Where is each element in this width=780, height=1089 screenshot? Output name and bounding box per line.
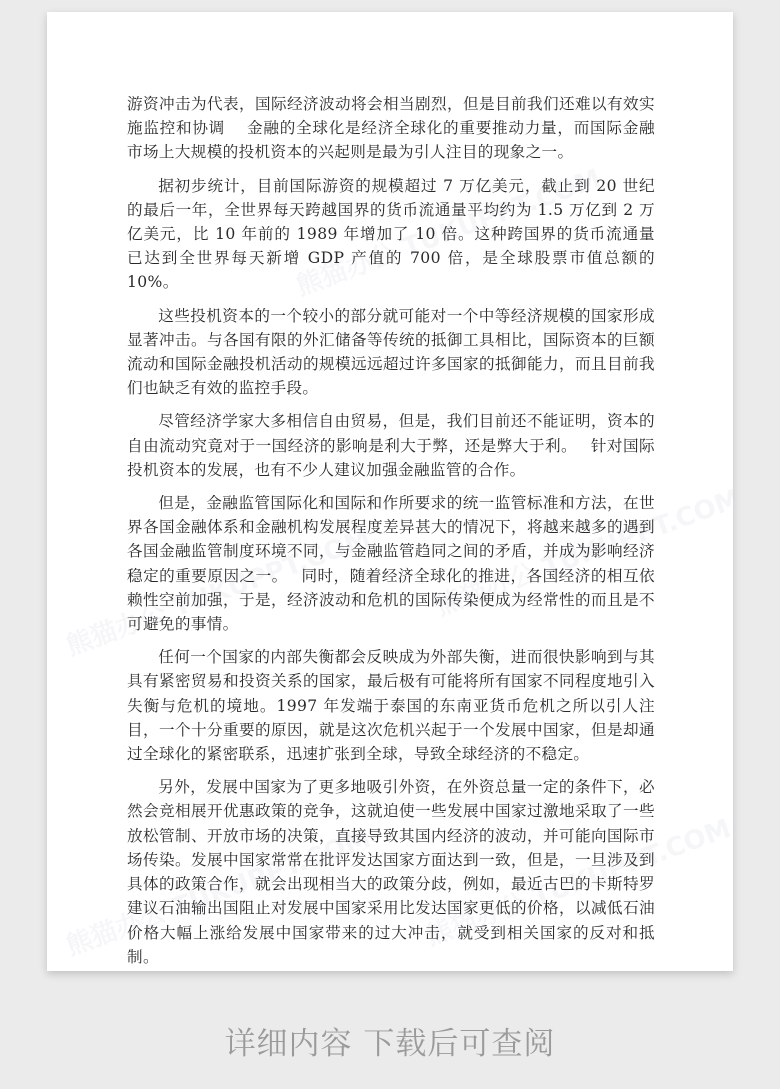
paragraph: 另外，发展中国家为了更多地吸引外资，在外资总量一定的条件下，必然会竞相展开优惠政…	[127, 775, 655, 969]
paragraph: 尽管经济学家大多相信自由贸易，但是，我们目前还不能证明，资本的自由流动究竟对于一…	[127, 409, 655, 482]
download-to-view-note: 详细内容 下载后可查阅	[0, 1018, 780, 1063]
paragraph: 据初步统计，目前国际游资的规模超过 7 万亿美元，截止到 20 世纪的最后一年，…	[127, 174, 655, 295]
paragraph: 但是，金融监管国际化和国际和作所要求的统一监管标准和方法，在世界各国金融体系和金…	[127, 491, 655, 636]
paragraph: 游资冲击为代表，国际经济波动将会相当剧烈，但是目前我们还难以有效实施监控和协调 …	[127, 92, 655, 165]
document-page: 熊猫办公 TUKUPPT.COM 熊猫办公 TUKUPPT.COM 熊猫办公 T…	[47, 12, 733, 971]
paragraph: 任何一个国家的内部失衡都会反映成为外部失衡，进而很快影响到与其具有紧密贸易和投资…	[127, 645, 655, 766]
document-body: 游资冲击为代表，国际经济波动将会相当剧烈，但是目前我们还难以有效实施监控和协调 …	[127, 92, 655, 971]
paragraph: 这些投机资本的一个较小的部分就可能对一个中等经济规模的国家形成显著冲击。与各国有…	[127, 304, 655, 401]
